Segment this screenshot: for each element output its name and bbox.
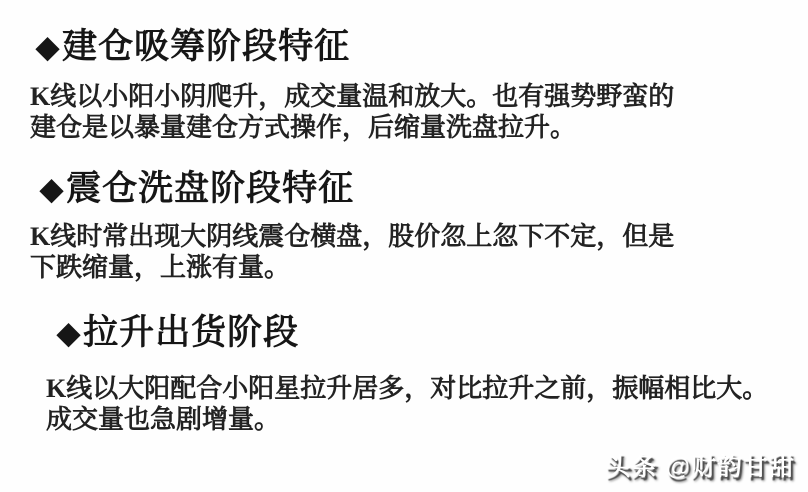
section-heading: ◆建仓吸筹阶段特征 xyxy=(36,26,808,69)
section-title: 震仓洗盘阶段特征 xyxy=(66,169,354,208)
section-body: K线时常出现大阴线震仓横盘，股价忽上忽下不定，但是 下跌缩量，上涨有量。 xyxy=(30,221,808,283)
section-body: K线以小阳小阴爬升，成交量温和放大。也有强势野蛮的 建仓是以暴量建仓方式操作，后… xyxy=(30,81,808,143)
body-line: K线以小阳小阴爬升，成交量温和放大。也有强势野蛮的 xyxy=(30,81,808,112)
section-title: 拉升出货阶段 xyxy=(83,313,299,352)
body-line: 下跌缩量，上涨有量。 xyxy=(30,252,808,283)
body-line: K线以大阳配合小阳星拉升居多，对比拉升之前，振幅相比大。 xyxy=(46,373,808,404)
diamond-bullet-icon: ◆ xyxy=(57,317,81,350)
section-body: K线以大阳配合小阳星拉升居多，对比拉升之前，振幅相比大。 成交量也急剧增量。 xyxy=(46,373,808,435)
body-line: K线时常出现大阴线震仓横盘，股价忽上忽下不定，但是 xyxy=(30,221,808,252)
section-accumulation-phase: ◆建仓吸筹阶段特征 K线以小阳小阴爬升，成交量温和放大。也有强势野蛮的 建仓是以… xyxy=(0,26,808,143)
diamond-bullet-icon: ◆ xyxy=(40,173,64,206)
body-line: 成交量也急剧增量。 xyxy=(46,404,808,435)
section-shakeout-phase: ◆震仓洗盘阶段特征 K线时常出现大阴线震仓横盘，股价忽上忽下不定，但是 下跌缩量… xyxy=(0,168,808,283)
diamond-bullet-icon: ◆ xyxy=(36,31,60,64)
slide-page: ◆建仓吸筹阶段特征 K线以小阳小阴爬升，成交量温和放大。也有强势野蛮的 建仓是以… xyxy=(0,0,808,492)
section-markup-distribution-phase: ◆拉升出货阶段 K线以大阳配合小阳星拉升居多，对比拉升之前，振幅相比大。 成交量… xyxy=(0,312,808,435)
section-heading: ◆震仓洗盘阶段特征 xyxy=(40,168,808,211)
section-heading: ◆拉升出货阶段 xyxy=(57,312,808,355)
section-title: 建仓吸筹阶段特征 xyxy=(62,27,350,66)
body-line: 建仓是以暴量建仓方式操作，后缩量洗盘拉升。 xyxy=(30,112,808,143)
toutiao-watermark: 头条 @财韵甘甜 xyxy=(606,447,795,483)
